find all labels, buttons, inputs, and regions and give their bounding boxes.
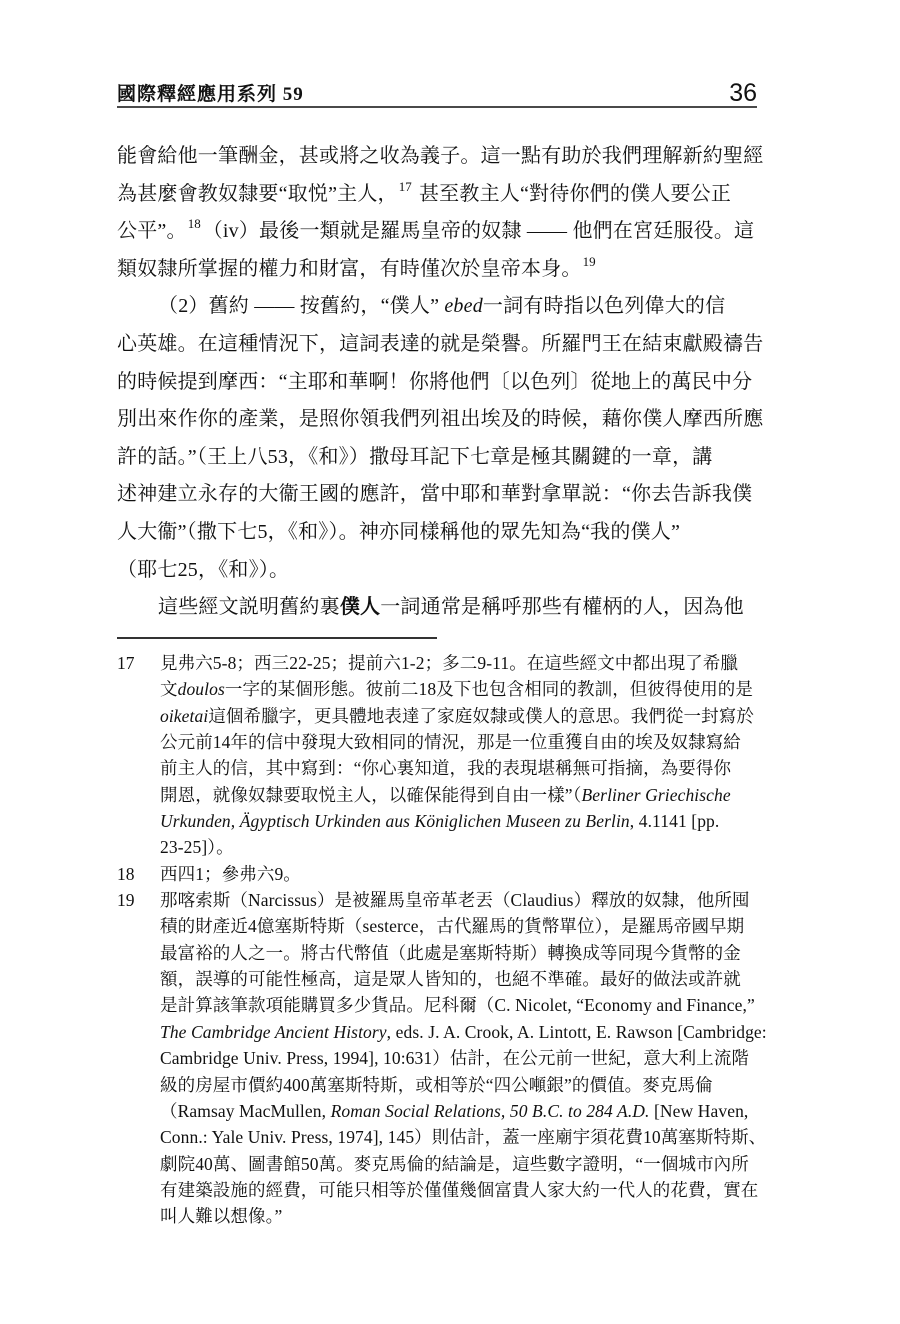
text-segment: 文 bbox=[160, 679, 178, 699]
footnote-line: 叫人難以想像。” bbox=[160, 1203, 767, 1229]
body-line: 這些經文説明舊約裏僕人一詞通常是稱呼那些有權柄的人，因為他 bbox=[117, 589, 765, 627]
body-line: 心英雄。在這種情況下，這詞表達的就是榮譽。所羅門王在結束獻殿禱告 bbox=[117, 326, 765, 364]
text-segment: 是計算該筆款項能購買多少貨品。尼科爾（C. Nicolet, “Economy … bbox=[160, 995, 755, 1015]
text-segment: ebed bbox=[444, 295, 483, 317]
text-segment: doulos bbox=[178, 679, 225, 699]
footnote: 18西四1；參弗六9。 bbox=[117, 861, 765, 887]
footnote-line: 見弗六5-8；西三22-25；提前六1-2；多二9-11。在這些經文中都出現了希… bbox=[160, 650, 765, 676]
text-segment: 西四1；參弗六9。 bbox=[160, 864, 301, 884]
body-line: 公平”。18（iv）最後一類就是羅馬皇帝的奴隸 —— 他們在宮廷服役。這 bbox=[117, 213, 765, 251]
page-number: 36 bbox=[729, 79, 757, 108]
footnote-line: Urkunden, Ägyptisch Urkinden aus Königli… bbox=[160, 808, 765, 834]
text-segment: （iv）最後一類就是羅馬皇帝的奴隸 —— 他們在宮廷服役。這 bbox=[203, 220, 755, 242]
text-segment: Urkunden, Ägyptisch Urkinden aus Königli… bbox=[160, 811, 630, 831]
text-segment: [New Haven, bbox=[650, 1101, 749, 1121]
text-segment: 級的房屋市價約400萬塞斯特斯，或相等於“四公噸銀”的價值。麥克馬倫 bbox=[160, 1075, 713, 1095]
text-segment: 額，誤導的可能性極高，這是眾人皆知的，也絕不準確。最好的做法或許就 bbox=[160, 969, 741, 989]
footnote-reference: 19 bbox=[582, 254, 598, 269]
text-segment: 人大衞”（撒下七5，《和》）。神亦同樣稱他的眾先知為“我的僕人” bbox=[117, 521, 680, 543]
text-segment: 劇院40萬、圖書館50萬。麥克馬倫的結論是，這些數字證明，“一個城市內所 bbox=[160, 1154, 749, 1174]
text-segment: 有建築設施的經費，可能只相等於僅僅幾個富貴人家大約一代人的花費，實在 bbox=[160, 1180, 758, 1200]
text-segment: 這些經文説明舊約裏 bbox=[158, 596, 340, 618]
book-page: 國際釋經應用系列 59 36 能會給他一筆酬金，甚或將之收為義子。這一點有助於我… bbox=[0, 0, 900, 1324]
body-line: 類奴隸所掌握的權力和財富，有時僅次於皇帝本身。19 bbox=[117, 251, 765, 289]
text-segment: 積的財產近4億塞斯特斯（sesterce，古代羅馬的貨幣單位），是羅馬帝國早期 bbox=[160, 916, 744, 936]
footnote-number: 19 bbox=[117, 887, 160, 1229]
text-segment: （耶七25，《和》）。 bbox=[117, 559, 289, 581]
footnote-line: 劇院40萬、圖書館50萬。麥克馬倫的結論是，這些數字證明，“一個城市內所 bbox=[160, 1151, 767, 1177]
text-segment: 一字的某個形態。彼前二18及下也包含相同的教訓，但彼得使用的是 bbox=[225, 679, 753, 699]
text-segment: 類奴隸所掌握的權力和財富，有時僅次於皇帝本身。 bbox=[117, 258, 582, 280]
footnote-line: 西四1；參弗六9。 bbox=[160, 861, 765, 887]
header-rule bbox=[117, 106, 757, 108]
footnote-reference: 17 bbox=[398, 179, 414, 194]
footnote-line: The Cambridge Ancient History, eds. J. A… bbox=[160, 1019, 767, 1045]
footnote-line: 那喀索斯（Narcissus）是被羅馬皇帝革老丟（Claudius）釋放的奴隸，… bbox=[160, 887, 767, 913]
footnote-line: 額，誤導的可能性極高，這是眾人皆知的，也絕不準確。最好的做法或許就 bbox=[160, 966, 767, 992]
footnote-line: 是計算該筆款項能購買多少貨品。尼科爾（C. Nicolet, “Economy … bbox=[160, 992, 767, 1018]
text-segment: 述神建立永存的大衞王國的應許，當中耶和華對拿單説：“你去告訴我僕 bbox=[117, 483, 752, 505]
footnote-line: 23-25]）。 bbox=[160, 834, 765, 860]
footnote-line: 級的房屋市價約400萬塞斯特斯，或相等於“四公噸銀”的價值。麥克馬倫 bbox=[160, 1072, 767, 1098]
text-segment: Conn.: Yale Univ. Press, 1974], 145）則估計，… bbox=[160, 1127, 766, 1147]
text-segment: 甚至教主人“對待你們的僕人要公正 bbox=[414, 183, 731, 205]
text-segment: 能會給他一筆酬金，甚或將之收為義子。這一點有助於我們理解新約聖經 bbox=[117, 145, 763, 167]
body-text: 能會給他一筆酬金，甚或將之收為義子。這一點有助於我們理解新約聖經為甚麼會教奴隸要… bbox=[117, 138, 765, 627]
text-segment: , eds. J. A. Crook, A. Lintott, E. Rawso… bbox=[387, 1022, 767, 1042]
footnote-line: 有建築設施的經費，可能只相等於僅僅幾個富貴人家大約一代人的花費，實在 bbox=[160, 1177, 767, 1203]
text-segment: 那喀索斯（Narcissus）是被羅馬皇帝革老丟（Claudius）釋放的奴隸，… bbox=[160, 890, 750, 910]
body-line: 人大衞”（撒下七5，《和》）。神亦同樣稱他的眾先知為“我的僕人” bbox=[117, 514, 765, 552]
body-line: 許的話。”（王上八53，《和》）撒母耳記下七章是極其關鍵的一章，講 bbox=[117, 439, 765, 477]
series-title: 國際釋經應用系列 59 bbox=[117, 79, 304, 106]
text-segment: 前主人的信，其中寫到：“你心裏知道，我的表現堪稱無可指摘，為要得你 bbox=[160, 758, 731, 778]
text-segment: 許的話。”（王上八53，《和》）撒母耳記下七章是極其關鍵的一章，講 bbox=[117, 446, 712, 468]
footnote-line: 最富裕的人之一。將古代幣值（此處是塞斯特斯）轉換成等同現今貨幣的金 bbox=[160, 940, 767, 966]
footnote: 17見弗六5-8；西三22-25；提前六1-2；多二9-11。在這些經文中都出現… bbox=[117, 650, 765, 861]
footnote-line: 開恩，就像奴隸要取悦主人，以確保能得到自由一樣”（Berliner Griech… bbox=[160, 782, 765, 808]
footnotes: 17見弗六5-8；西三22-25；提前六1-2；多二9-11。在這些經文中都出現… bbox=[117, 650, 765, 1230]
footnote-text: 西四1；參弗六9。 bbox=[160, 861, 765, 887]
footnote-separator bbox=[117, 637, 437, 639]
text-segment: 叫人難以想像。” bbox=[160, 1206, 282, 1226]
text-segment: 最富裕的人之一。將古代幣值（此處是塞斯特斯）轉換成等同現今貨幣的金 bbox=[160, 943, 741, 963]
footnote-line: （Ramsay MacMullen, Roman Social Relation… bbox=[160, 1098, 767, 1124]
text-segment: 為甚麼會教奴隸要“取悦”主人， bbox=[117, 183, 398, 205]
text-segment: 心英雄。在這種情況下，這詞表達的就是榮譽。所羅門王在結束獻殿禱告 bbox=[117, 333, 763, 355]
text-segment: 公平”。 bbox=[117, 220, 187, 242]
footnote-line: Cambridge Univ. Press, 1994], 10:631）估計，… bbox=[160, 1045, 767, 1071]
text-segment: Roman Social Relations, 50 B.C. to 284 A… bbox=[331, 1101, 650, 1121]
text-segment: oiketai bbox=[160, 706, 208, 726]
text-segment: Berliner Griechische bbox=[582, 785, 731, 805]
text-segment: （Ramsay MacMullen, bbox=[160, 1101, 331, 1121]
text-segment: , 4.1141 [pp. bbox=[630, 811, 720, 831]
text-segment: 公元前14年的信中發現大致相同的情況，那是一位重獲自由的埃及奴隸寫給 bbox=[160, 732, 741, 752]
footnote-line: Conn.: Yale Univ. Press, 1974], 145）則估計，… bbox=[160, 1124, 767, 1150]
footnote-line: 公元前14年的信中發現大致相同的情況，那是一位重獲自由的埃及奴隸寫給 bbox=[160, 729, 765, 755]
text-segment: 僕人 bbox=[340, 596, 380, 618]
text-segment: 見弗六5-8；西三22-25；提前六1-2；多二9-11。在這些經文中都出現了希… bbox=[160, 653, 738, 673]
footnote-line: 前主人的信，其中寫到：“你心裏知道，我的表現堪稱無可指摘，為要得你 bbox=[160, 755, 765, 781]
text-segment: 開恩，就像奴隸要取悦主人，以確保能得到自由一樣”（ bbox=[160, 785, 582, 805]
text-segment: 一詞有時指以色列偉大的信 bbox=[483, 295, 725, 317]
text-segment: Cambridge Univ. Press, 1994], 10:631）估計，… bbox=[160, 1048, 749, 1068]
footnote-line: oiketai這個希臘字，更具體地表達了家庭奴隸或僕人的意思。我們從一封寫於 bbox=[160, 703, 765, 729]
body-line: 別出來作你的產業，是照你領我們列祖出埃及的時候，藉你僕人摩西所應 bbox=[117, 401, 765, 439]
text-segment: 這個希臘字，更具體地表達了家庭奴隸或僕人的意思。我們從一封寫於 bbox=[208, 706, 754, 726]
text-segment: （2）舊約 —— 按舊約，“僕人” bbox=[158, 295, 444, 317]
body-line: （耶七25，《和》）。 bbox=[117, 552, 765, 590]
body-line: 為甚麼會教奴隸要“取悦”主人，17 甚至教主人“對待你們的僕人要公正 bbox=[117, 176, 765, 214]
body-line: 能會給他一筆酬金，甚或將之收為義子。這一點有助於我們理解新約聖經 bbox=[117, 138, 765, 176]
footnote-line: 積的財產近4億塞斯特斯（sesterce，古代羅馬的貨幣單位），是羅馬帝國早期 bbox=[160, 913, 767, 939]
text-segment: 23-25]）。 bbox=[160, 837, 234, 857]
footnote-reference: 18 bbox=[187, 216, 203, 231]
text-segment: 一詞通常是稱呼那些有權柄的人，因為他 bbox=[380, 596, 744, 618]
footnote-text: 那喀索斯（Narcissus）是被羅馬皇帝革老丟（Claudius）釋放的奴隸，… bbox=[160, 887, 767, 1229]
body-line: （2）舊約 —— 按舊約，“僕人” ebed一詞有時指以色列偉大的信 bbox=[117, 288, 765, 326]
footnote-number: 17 bbox=[117, 650, 160, 861]
body-line: 的時候提到摩西：“主耶和華啊！你將他們〔以色列〕從地上的萬民中分 bbox=[117, 364, 765, 402]
text-segment: 別出來作你的產業，是照你領我們列祖出埃及的時候，藉你僕人摩西所應 bbox=[117, 408, 763, 430]
body-line: 述神建立永存的大衞王國的應許，當中耶和華對拿單説：“你去告訴我僕 bbox=[117, 476, 765, 514]
footnote: 19那喀索斯（Narcissus）是被羅馬皇帝革老丟（Claudius）釋放的奴… bbox=[117, 887, 765, 1229]
running-head: 國際釋經應用系列 59 36 bbox=[117, 76, 757, 106]
footnote-line: 文doulos一字的某個形態。彼前二18及下也包含相同的教訓，但彼得使用的是 bbox=[160, 676, 765, 702]
footnote-number: 18 bbox=[117, 861, 160, 887]
text-segment: 的時候提到摩西：“主耶和華啊！你將他們〔以色列〕從地上的萬民中分 bbox=[117, 371, 752, 393]
text-segment: The Cambridge Ancient History bbox=[160, 1022, 387, 1042]
footnote-text: 見弗六5-8；西三22-25；提前六1-2；多二9-11。在這些經文中都出現了希… bbox=[160, 650, 765, 861]
